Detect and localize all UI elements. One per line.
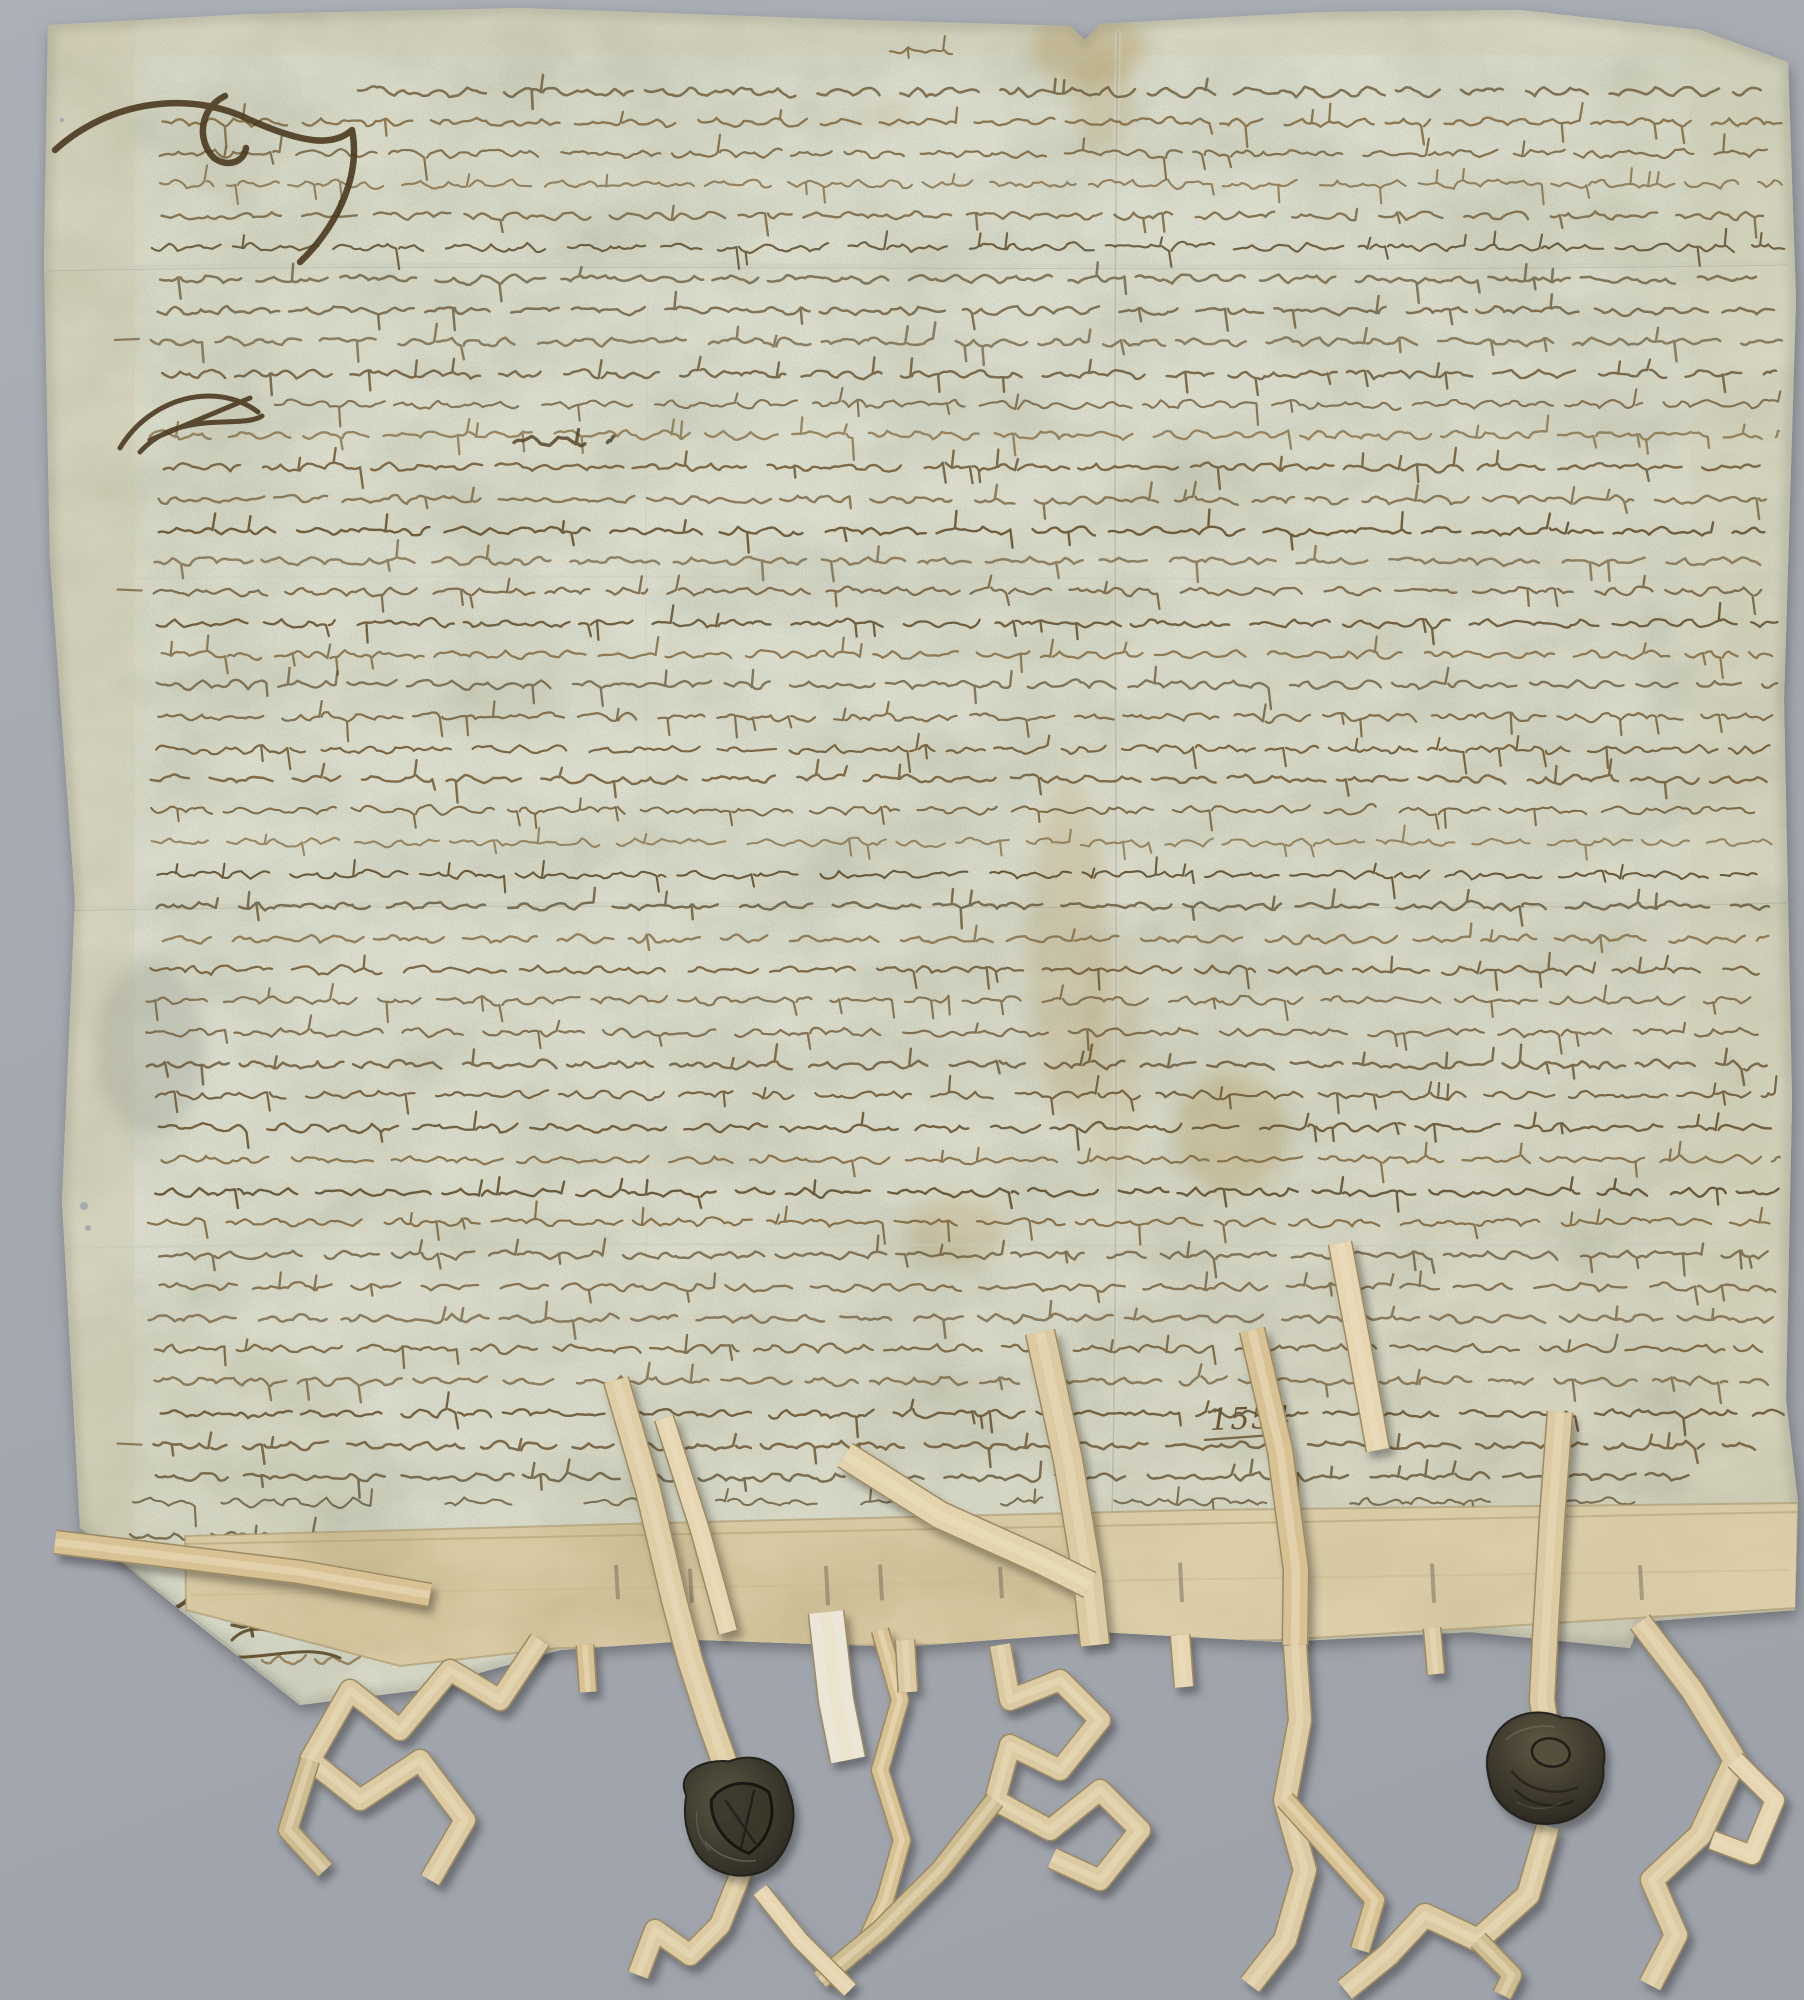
plica-slit (690, 1569, 692, 1603)
parchment-tag-highlight (1180, 1635, 1184, 1687)
plica-slit (1000, 1567, 1002, 1598)
wax-seal-right (1478, 1705, 1612, 1832)
parchment-tag-highlight (585, 1645, 588, 1692)
parchment-tag-highlight (905, 1640, 908, 1692)
plica-slit (826, 1566, 828, 1605)
margin-dash (118, 590, 142, 591)
wax-seals (678, 1705, 1612, 1883)
margin-dash (115, 339, 139, 340)
charter-scene: 1554 (0, 0, 1804, 2000)
plica-slit (1180, 1563, 1182, 1603)
parchment-surface: 1554 (0, 0, 1804, 1720)
plica-slit (880, 1565, 882, 1601)
photo-of-charter: 1554 (0, 0, 1804, 2000)
parchment-tag (638, 1870, 742, 1975)
margin-dash (118, 1444, 142, 1445)
plica-slit (616, 1565, 618, 1599)
plica-slit (1640, 1565, 1642, 1600)
wax-seal-left (678, 1752, 802, 1883)
parchment-tag-highlight (1432, 1628, 1436, 1674)
plica-slit (1432, 1564, 1434, 1603)
